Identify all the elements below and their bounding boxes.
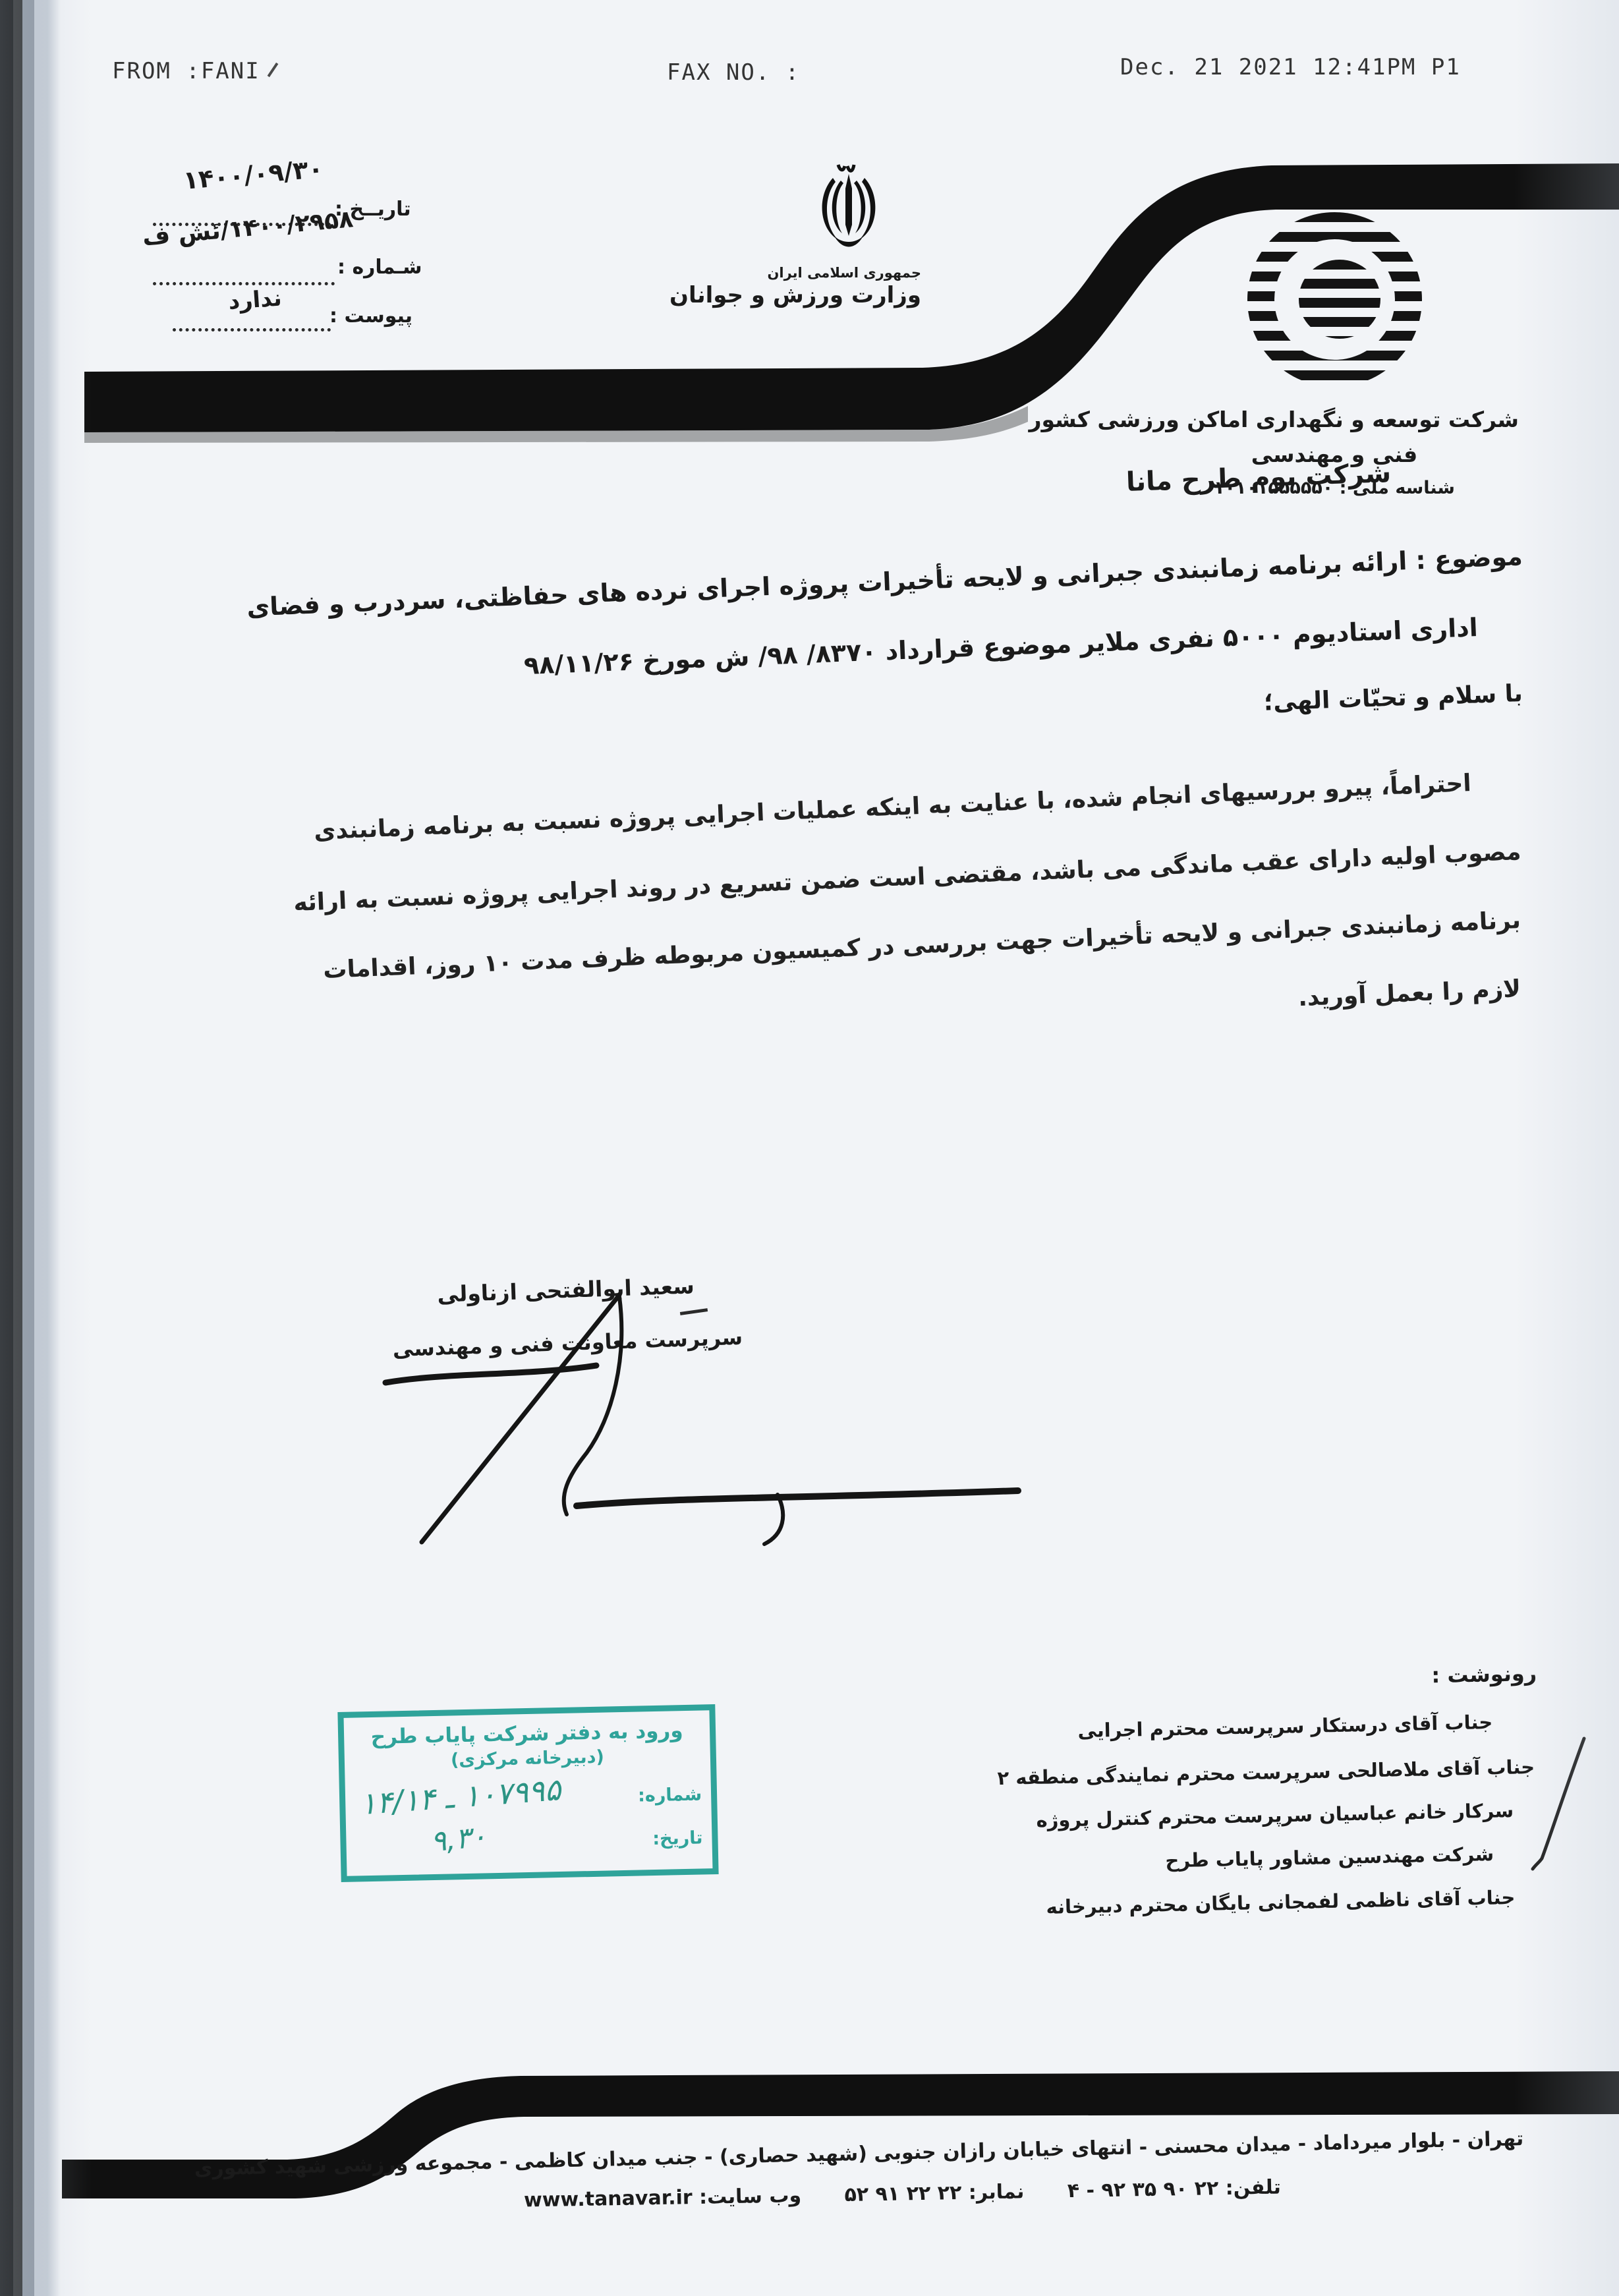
stamp-date-handwritten: ۹,۳۰: [429, 1820, 488, 1859]
cc-item-2: جناب آقای ملاصالحی سرپرست محترم نمایندگی…: [998, 1756, 1535, 1789]
stamp-number-handwritten: ۱۰۷۹۹۵ ـ ۱۴/۱۴: [359, 1771, 562, 1822]
fax-letter-page: FROM :FANI FAX NO. : Dec. 21 2021 12:41P…: [0, 0, 1619, 2296]
body-line-2: مصوب اولیه دارای عقب ماندگی می باشد، مقت…: [293, 838, 1521, 917]
cc-item-1: جناب آقای درستکار سرپرست محترم اجرایی: [1077, 1711, 1492, 1742]
footer-fax: نمابر: ۲۲ ۲۲ ۹۱ ۵۲: [844, 2180, 1024, 2206]
handwritten-checkmark: [1527, 1732, 1593, 1874]
logo-striped-core: [1299, 260, 1380, 339]
stamp-date-label: تاریخ:: [652, 1827, 703, 1849]
stamp-title-line2: (دبیرخانه مرکزی): [345, 1744, 711, 1773]
body-line-1: احتراماً، پیرو بررسیهای انجام شده، با عن…: [314, 770, 1472, 846]
handwritten-signature: [329, 1278, 1054, 1562]
stamp-number-label: شماره:: [638, 1784, 702, 1806]
company-name-line1: شرکت توسعه و نگهداری اماکن ورزشی کشور: [1150, 407, 1519, 432]
entry-stamp: ورود به دفتر شرکت پایاب طرح (دبیرخانه مر…: [337, 1704, 718, 1882]
subject-line-1: موضوع : ارائه برنامه زمانبندی جبرانی و ل…: [246, 542, 1523, 622]
body-line-3: برنامه زمانبندی جبرانی و لایحه تأخیرات ج…: [323, 907, 1521, 984]
stamp-title-line1: ورود به دفتر شرکت پایاب طرح: [344, 1718, 710, 1750]
subject-line-2: اداری استادیوم ۵۰۰۰ نفری ملایر موضوع قرا…: [523, 613, 1478, 680]
cc-label: رونوشت :: [1431, 1661, 1537, 1688]
cc-item-5: جناب آقای ناظمی لفمجانی بایگان محترم دبی…: [1046, 1886, 1515, 1918]
footer-phone: تلفن: ۲۲ ۹۰ ۳۵ ۹۲ - ۴: [1067, 2175, 1282, 2202]
footer-website: وب سایت: www.tanavar.ir: [524, 2184, 802, 2212]
company-logo-icon: [1247, 212, 1422, 387]
company-logo-block: شرکت توسعه و نگهداری اماکن ورزشی کشور فن…: [1150, 212, 1519, 498]
body-line-4: لازم را بعمل آورید.: [1297, 975, 1521, 1012]
cc-item-3: سرکار خانم عباسیان سرپرست محترم کنترل پر…: [1036, 1799, 1514, 1831]
cc-item-4: شرکت مهندسین مشاور پایاب طرح: [1165, 1843, 1494, 1872]
greeting-line: با سلام و تحیّات الهی؛: [1263, 680, 1523, 716]
